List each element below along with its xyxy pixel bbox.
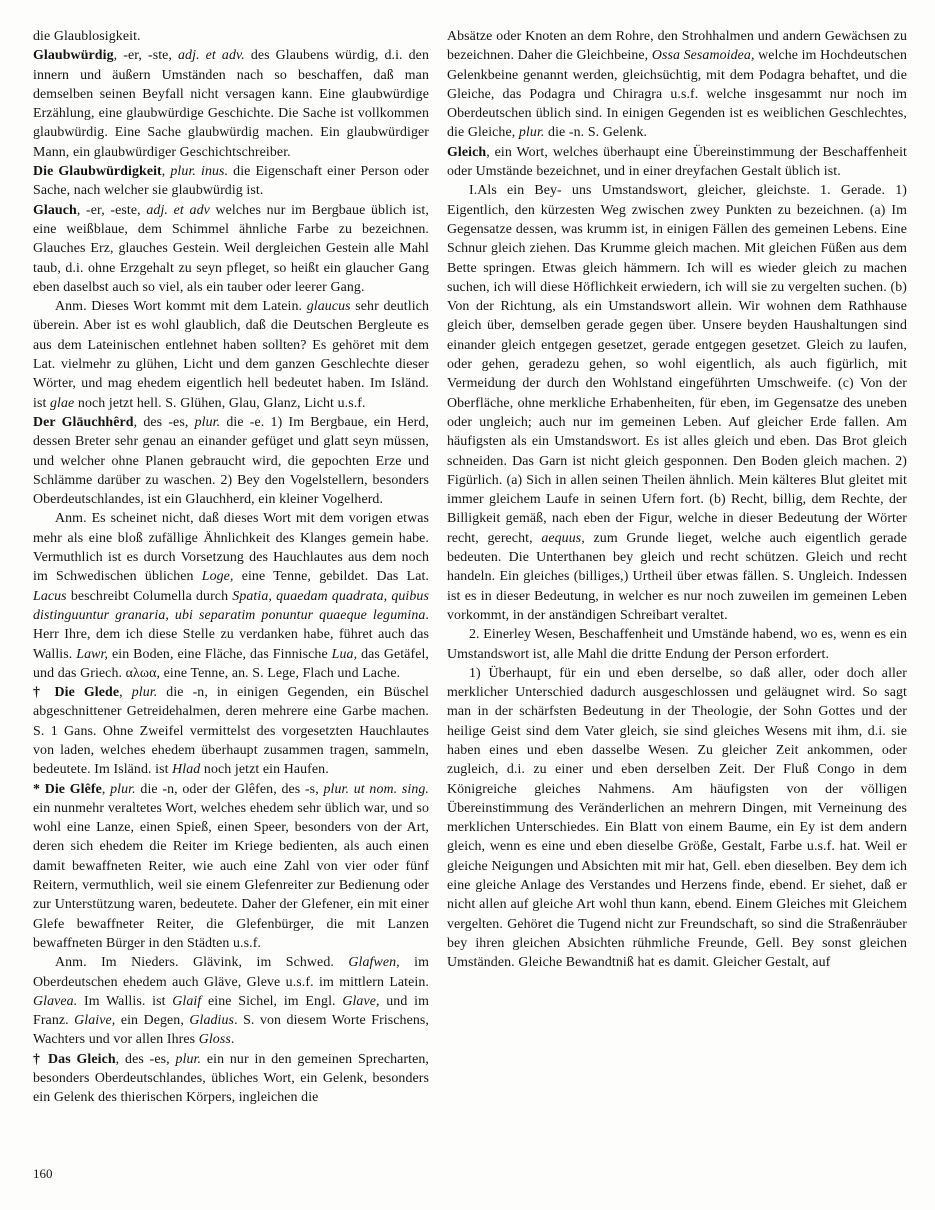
text-segment: glaucus	[307, 299, 351, 314]
text-segment: Glave,	[342, 994, 379, 1009]
text-segment: Ossa Sesamoidea,	[652, 48, 755, 63]
text-segment: beschreibt Columella durch	[67, 589, 233, 604]
text-segment: 2. Einerley Wesen, Beschaffenheit und Um…	[447, 627, 907, 661]
text-segment: Glaive,	[74, 1013, 115, 1028]
text-segment: des Glaubens würdig, d.i. den innern und…	[33, 48, 429, 159]
text-segment: .	[231, 1032, 235, 1047]
text-segment: plur.	[110, 782, 136, 797]
text-segment: Glaubwürdig	[33, 48, 114, 63]
entry-glauch: Glauch, -er, -este, adj. et adv welches …	[33, 201, 429, 297]
gleich-section-1: I.Als ein Bey- uns Umstandswort, gleiche…	[447, 181, 907, 625]
text-segment: Glaif	[172, 994, 201, 1009]
text-segment: plur.	[519, 125, 545, 140]
text-segment: ,	[102, 782, 110, 797]
entry-das-gleich-continuation: Absätze oder Knoten an dem Rohre, den St…	[447, 27, 907, 143]
text-segment: Loge,	[202, 569, 234, 584]
page-number: 160	[33, 1166, 53, 1182]
text-segment: , des -es,	[116, 1052, 176, 1067]
text-segment: adj. et adv.	[178, 48, 245, 63]
text-segment: , ein Wort, welches überhaupt eine Übere…	[447, 145, 907, 179]
text-segment: * Die Glêfe	[33, 782, 102, 797]
text-segment: Lacus	[33, 589, 67, 604]
text-segment: I.Als ein Bey- uns Umstandswort, gleiche…	[447, 183, 907, 545]
text-segment: adj. et adv	[146, 203, 210, 218]
text-segment: 1) Überhaupt, für ein und eben derselbe,…	[447, 666, 907, 970]
text-segment: Anm. Dieses Wort kommt mit dem Latein.	[55, 299, 307, 314]
text-segment: Im Wallis. ist	[77, 994, 172, 1009]
text-segment: ein Boden, eine Fläche, das Finnische	[108, 647, 332, 662]
entry-glefe: * Die Glêfe, plur. die -n, oder der Glêf…	[33, 780, 429, 954]
text-segment: , -er, -este,	[77, 203, 147, 218]
text-segment: † Die Glede	[33, 685, 119, 700]
text-segment: Lawr,	[76, 647, 108, 662]
text-segment: , des -es,	[134, 415, 195, 430]
text-segment: Anm. Im Nieders. Glävink, im Schwed.	[55, 955, 348, 970]
entry-das-gleich: † Das Gleich, des -es, plur. ein nur in …	[33, 1050, 429, 1108]
text-segment: plur.	[132, 685, 158, 700]
text-segment: Lua,	[332, 647, 358, 662]
text-segment: plur. inus.	[170, 164, 228, 179]
dictionary-page: die Glaublosigkeit.Glaubwürdig, -er, -st…	[0, 0, 935, 1210]
text-segment: Der Glāuchhêrd	[33, 415, 134, 430]
text-segment: die Glaublosigkeit.	[33, 29, 141, 44]
entry-glede: † Die Glede, plur. die -n, in einigen Ge…	[33, 683, 429, 779]
text-segment: glae	[50, 396, 74, 411]
text-segment: † Das Gleich	[33, 1052, 116, 1067]
text-segment: Gloss	[199, 1032, 231, 1047]
entry-continuation-glaublosigkeit: die Glaublosigkeit.	[33, 27, 429, 46]
entry-glaubwuerdigkeit: Die Glaubwürdigkeit, plur. inus. die Eig…	[33, 162, 429, 201]
text-segment: plur.	[175, 1052, 201, 1067]
text-segment: noch jetzt ein Haufen.	[200, 762, 328, 777]
anm-glefe: Anm. Im Nieders. Glävink, im Schwed. Gla…	[33, 953, 429, 1049]
entry-gleich: Gleich, ein Wort, welches überhaupt eine…	[447, 143, 907, 182]
gleich-section-2: 2. Einerley Wesen, Beschaffenheit und Um…	[447, 625, 907, 664]
text-segment: plur.	[195, 415, 221, 430]
text-segment: die -n, oder der Glêfen, des -s,	[136, 782, 324, 797]
text-segment: Glafwen,	[348, 955, 399, 970]
text-segment: Glauch	[33, 203, 77, 218]
text-segment: Glavea.	[33, 994, 77, 1009]
text-segment: Gleich	[447, 145, 486, 160]
text-segment: sehr deutlich überein. Aber ist es wohl …	[33, 299, 429, 410]
text-segment: , -er, -ste,	[114, 48, 178, 63]
text-segment: Gladius	[189, 1013, 234, 1028]
right-column: Absätze oder Knoten an dem Rohre, den St…	[447, 27, 907, 973]
text-segment: aequus,	[541, 531, 585, 546]
text-segment: ein Degen,	[115, 1013, 189, 1028]
anm-glauch: Anm. Dieses Wort kommt mit dem Latein. g…	[33, 297, 429, 413]
left-column: die Glaublosigkeit.Glaubwürdig, -er, -st…	[33, 27, 429, 1108]
text-segment: Hlad	[172, 762, 200, 777]
text-segment: die -n. S. Gelenk.	[544, 125, 647, 140]
text-segment: ,	[119, 685, 132, 700]
entry-glaubwuerdig: Glaubwürdig, -er, -ste, adj. et adv. des…	[33, 46, 429, 162]
anm-glaeuchherd: Anm. Es scheinet nicht, daß dieses Wort …	[33, 509, 429, 683]
text-segment: eine Sichel, im Engl.	[201, 994, 342, 1009]
text-segment: plur. ut nom. sing.	[323, 782, 429, 797]
text-segment: ein nunmehr veraltetes Wort, welches ehe…	[33, 801, 429, 951]
entry-glaeuchherd: Der Glāuchhêrd, des -es, plur. die -e. 1…	[33, 413, 429, 509]
text-segment: noch jetzt hell. S. Glühen, Glau, Glanz,…	[74, 396, 365, 411]
text-segment: eine Tenne, gebildet. Das Lat.	[234, 569, 429, 584]
text-segment: Die Glaubwürdigkeit	[33, 164, 162, 179]
gleich-section-2-1: 1) Überhaupt, für ein und eben derselbe,…	[447, 664, 907, 973]
